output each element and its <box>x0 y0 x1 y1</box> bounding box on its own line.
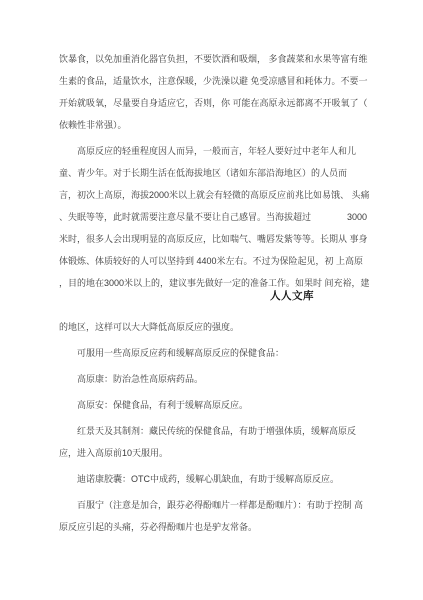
text-line: 红景天及其制剂：藏民传统的保健食品，有助于增强体质，缓解高原反 <box>59 420 369 442</box>
list-item-dinuokang: 迪诺康胶囊：OTC中成药，缓解心肌缺血，有助于缓解高原反应。 <box>59 468 369 490</box>
text-line: 应，进入高原前10天服用。 <box>59 442 369 464</box>
text-line-with-watermark-overlap: 议海拔上得不要太急，在3500米左右休息一至三天，适应之后 再进入更高海拔 <box>59 294 369 316</box>
text-line: 高原反应的轻重程度因人而异，一般而言，年轻人要好过中老年人和儿 <box>59 140 369 162</box>
text-line: 饮暴食，以免加重消化器官负担，不要饮酒和吸烟， 多食蔬菜和水果等富有维 <box>59 48 369 70</box>
text-line: 开始就吸氧，尽量要自身适应它，否则，你 可能在高原永远都离不开吸氧了（ <box>59 92 369 114</box>
list-item-hongjingtian: 红景天及其制剂：藏民传统的保健食品，有助于增强体质，缓解高原反 应，进入高原前1… <box>59 420 369 464</box>
document-page: 人人文库 饮暴食，以免加重消化器官负担，不要饮酒和吸烟， 多食蔬菜和水果等富有维… <box>0 0 423 600</box>
text-line: 迪诺康胶囊：OTC中成药，缓解心肌缺血，有助于缓解高原反应。 <box>59 468 369 490</box>
text-line: ，目的地在3000米以上的，建议事先做好一定的准备工作。如果时 间充裕，建 <box>59 272 369 294</box>
text-line: 百服宁（注意是加合，跟芬必得酚咖片一样都是酚咖片）：有助于控制 高 <box>59 494 369 516</box>
text-line: 高原安：保健食品，有利于缓解高原反应。 <box>59 394 369 416</box>
text-line: 原反应引起的头痛，芬必得酚咖片也是驴友常备。 <box>59 516 369 538</box>
text-line: 体锻炼、体质较好的人可以坚持到 4400米左右。不过为保险起见，初 上高原 <box>59 250 369 272</box>
text-line: 的地区，这样可以大大降低高原反应的强度。 <box>59 316 369 338</box>
text-line: 依赖性非常强）。 <box>59 114 369 136</box>
text-line: 可服用一些高原反应药和缓解高原反应的保健食品： <box>59 342 369 364</box>
text-line: 高原康：防治急性高原病药品。 <box>59 368 369 390</box>
list-item-gaoyuanan: 高原安：保健食品，有利于缓解高原反应。 <box>59 394 369 416</box>
text-line: 童、青少年。对于长期生活在低海拔地区（诸如东部沿海地区）的人员而 <box>59 162 369 184</box>
list-item-gaoyuankang: 高原康：防治急性高原病药品。 <box>59 368 369 390</box>
watermark: 人人文库 <box>270 288 314 303</box>
text-line: 生素的食品，适量饮水，注意保暖，少洗澡以避 免受凉感冒和耗体力。不要一 <box>59 70 369 92</box>
list-item-baifuning: 百服宁（注意是加合，跟芬必得酚咖片一样都是酚咖片）：有助于控制 高 原反应引起的… <box>59 494 369 538</box>
text-line: 言，初次上高原，海拔2000米以上就会有轻微的高原反应前兆比如易饿、 头痛 <box>59 184 369 206</box>
paragraph-severity: 高原反应的轻重程度因人而异，一般而言，年轻人要好过中老年人和儿 童、青少年。对于… <box>59 140 369 338</box>
paragraph-continuation: 饮暴食，以免加重消化器官负担，不要饮酒和吸烟， 多食蔬菜和水果等富有维 生素的食… <box>59 48 369 136</box>
paragraph-intro-remedies: 可服用一些高原反应药和缓解高原反应的保健食品： <box>59 342 369 364</box>
text-line: 米时，很多人会出现明显的高原反应，比如喘气、嘴唇发紫等等。长期从 事身 <box>59 228 369 250</box>
text-line: 、失眠等等，此时就需要注意尽量不要让自己感冒。当海拔超过 3000 <box>59 206 369 228</box>
